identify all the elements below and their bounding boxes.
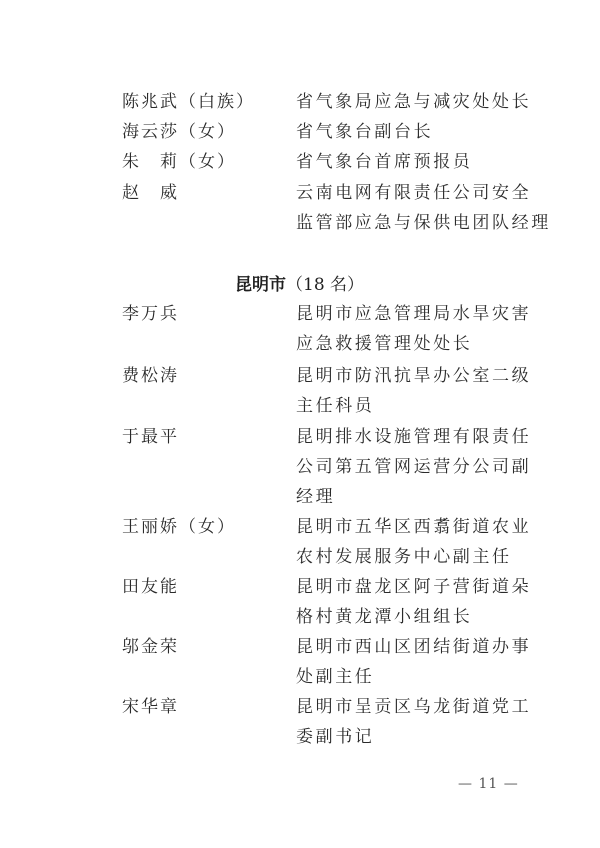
person-name: 海云莎（女）	[122, 117, 236, 147]
section-count: （18 名）	[286, 275, 364, 295]
person-name: 邬金荣	[122, 632, 179, 662]
person-title: 省气象局应急与减灾处处长	[296, 87, 536, 117]
person-name: 于最平	[122, 422, 179, 452]
person-name: 王丽娇（女）	[122, 512, 236, 542]
person-name: 宋华章	[122, 692, 179, 722]
person-name: 朱 莉（女）	[122, 147, 236, 177]
person-title: 云南电网有限责任公司安全 监管部应急与保供电团队经理	[296, 178, 536, 238]
page-number: — 11 —	[458, 776, 519, 792]
person-title: 省气象台副台长	[296, 117, 536, 147]
document-page: 陈兆武（白族） 省气象局应急与减灾处处长 海云莎（女） 省气象台副台长 朱 莉（…	[0, 0, 600, 848]
person-title: 昆明市呈贡区乌龙街道党工 委副书记	[296, 692, 536, 752]
person-title: 昆明市五华区西翥街道农业 农村发展服务中心副主任	[296, 512, 536, 572]
section-title: 昆明市	[235, 275, 286, 295]
person-title: 昆明市防汛抗旱办公室二级 主任科员	[296, 361, 536, 421]
person-name: 田友能	[122, 572, 179, 602]
person-name: 陈兆武（白族）	[122, 87, 255, 117]
person-title: 省气象台首席预报员	[296, 147, 536, 177]
person-name: 赵 威	[122, 178, 179, 208]
person-name: 李万兵	[122, 299, 179, 329]
person-title: 昆明市西山区团结街道办事 处副主任	[296, 632, 536, 692]
person-name: 费松涛	[122, 361, 179, 391]
person-title: 昆明市盘龙区阿子营街道朵 格村黄龙潭小组组长	[296, 572, 536, 632]
person-title: 昆明市应急管理局水旱灾害 应急救援管理处处长	[296, 299, 536, 359]
person-title: 昆明排水设施管理有限责任 公司第五管网运营分公司副 经理	[296, 422, 536, 512]
section-heading: 昆明市（18 名）	[235, 270, 364, 300]
